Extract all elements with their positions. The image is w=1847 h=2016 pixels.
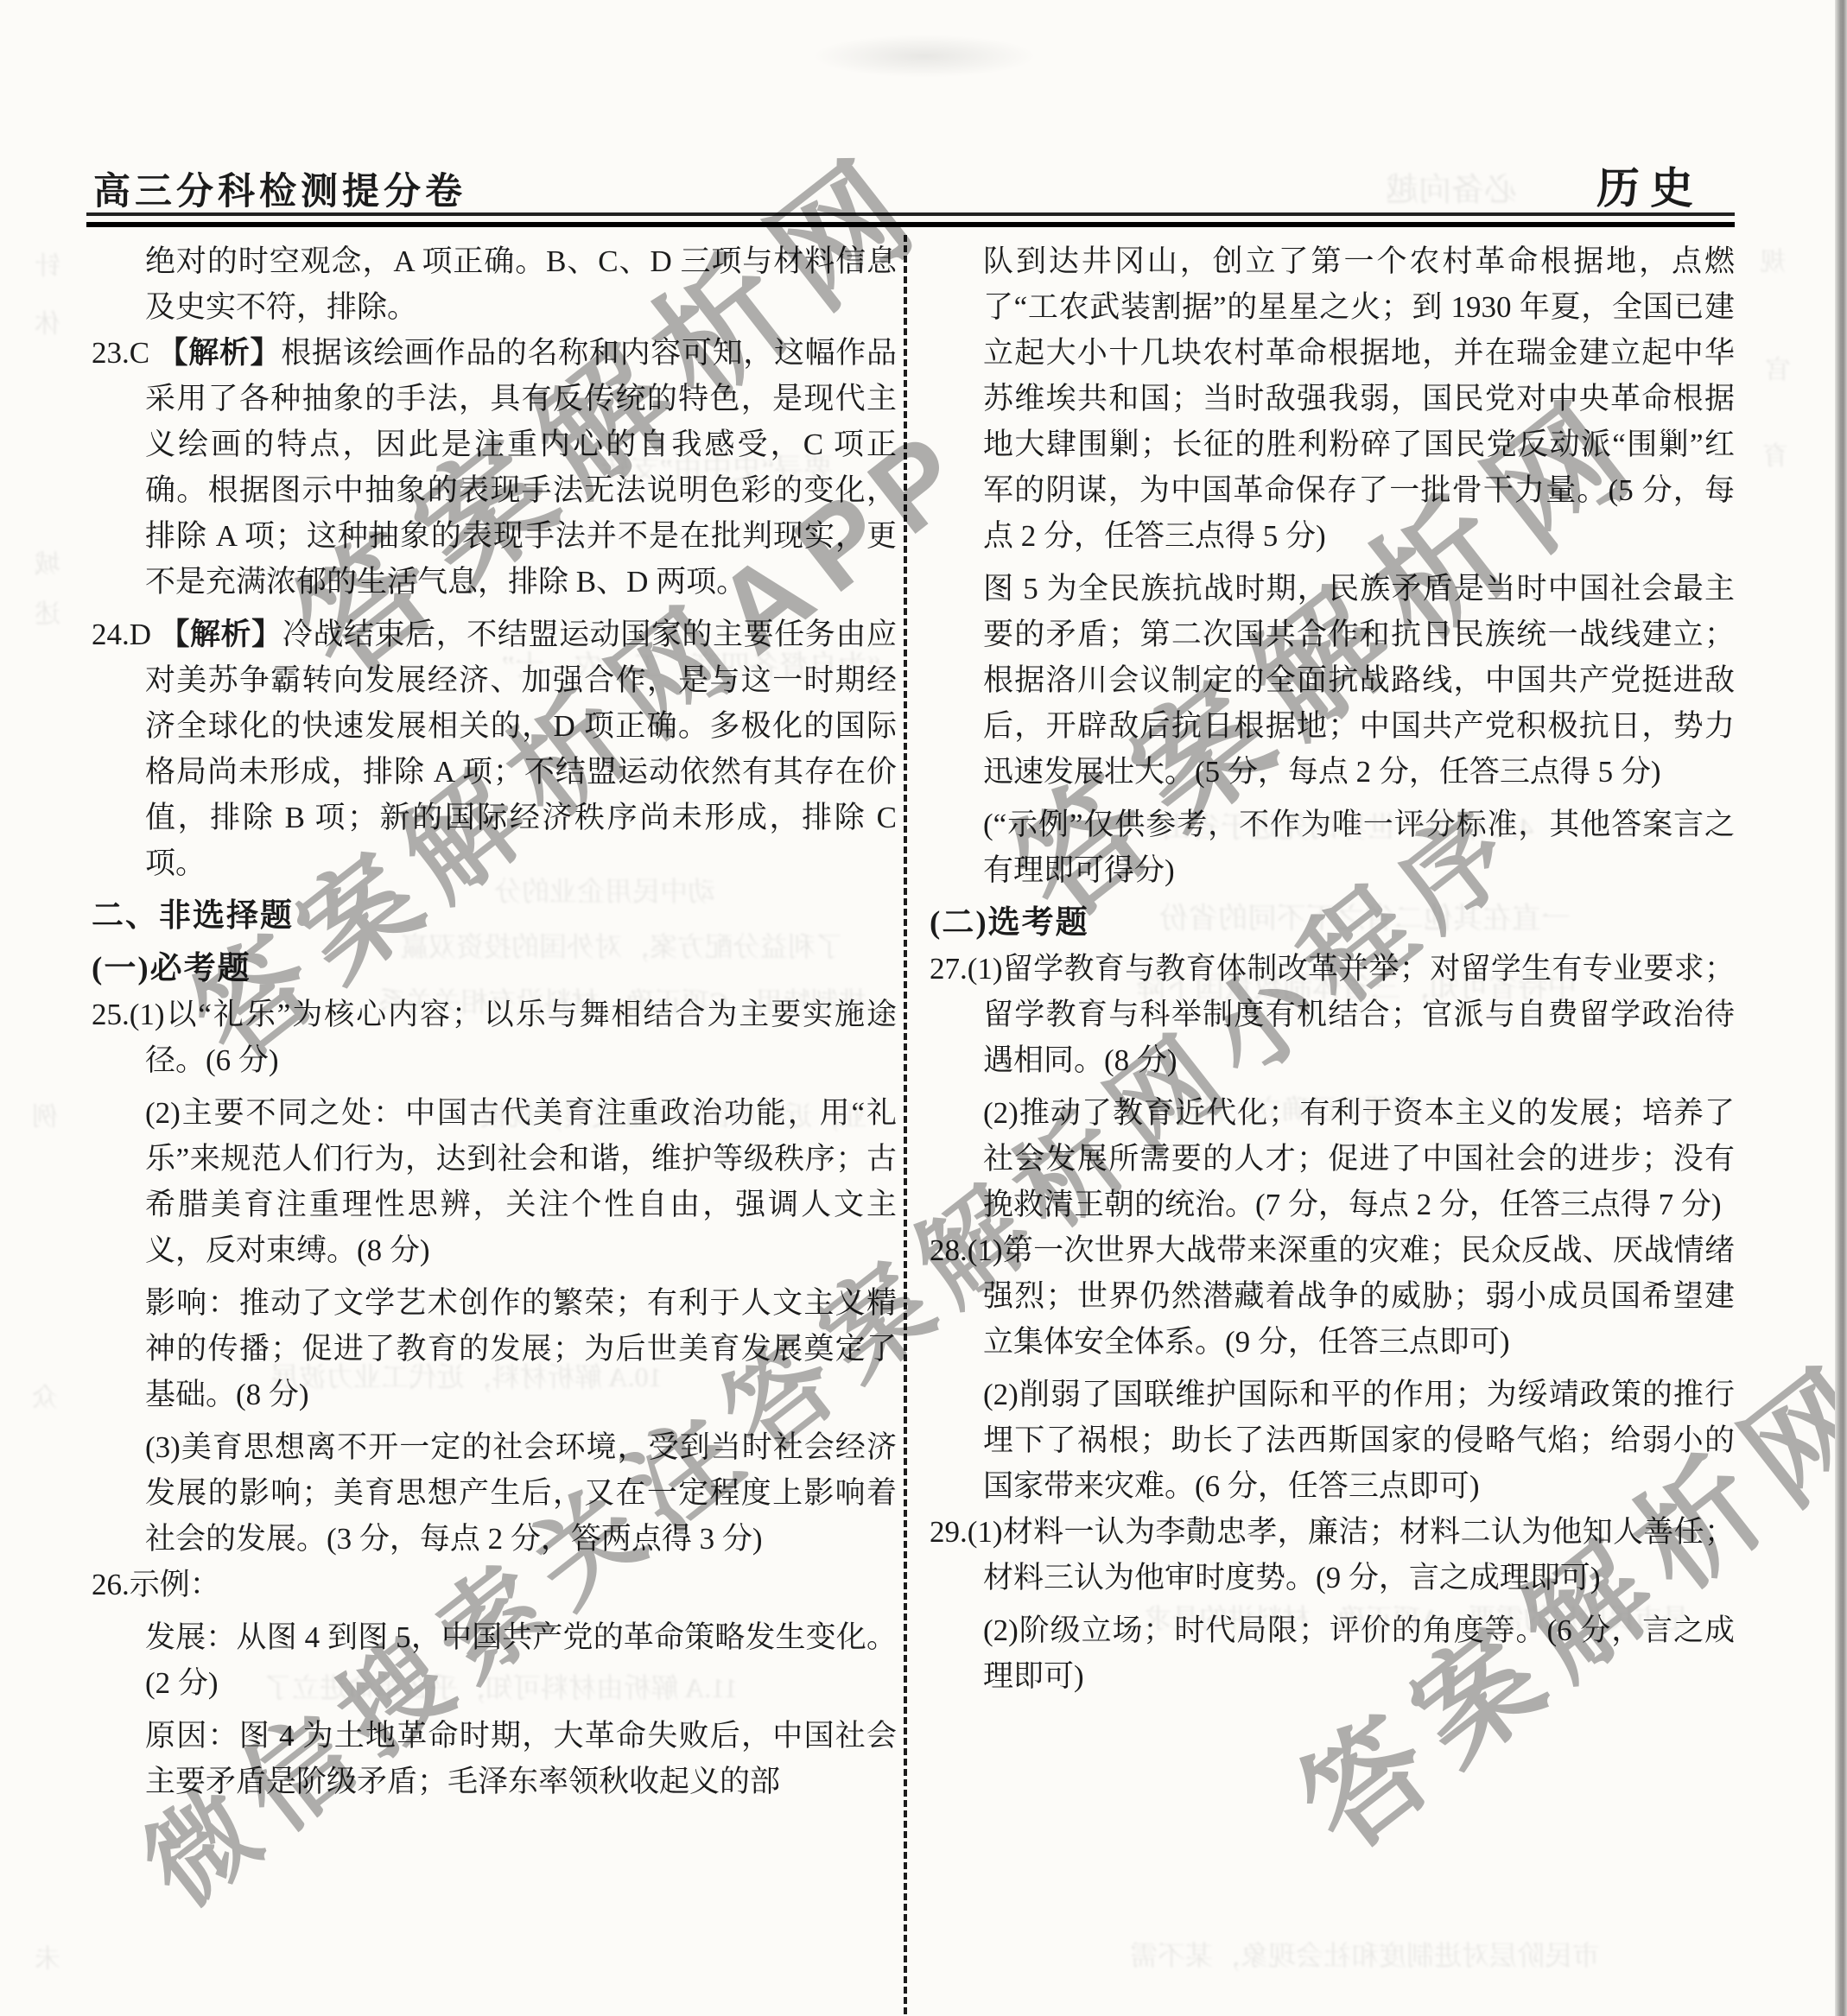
answer-paragraph: 23.C 【解析】根据该绘画作品的名称和内容可知，这幅作品采用了各种抽象的手法，… <box>92 330 897 605</box>
answer-paragraph: 影响：推动了文学艺术创作的繁荣；有利于人文主义精神的传播；促进了教育的发展；为后… <box>92 1280 897 1417</box>
answer-paragraph: 29.(1)材料一认为李勣忠孝，廉洁；材料二认为他知人善任；材料三认为他审时度势… <box>930 1509 1735 1601</box>
page-title: 高三分科检测提分卷 <box>93 162 467 215</box>
bleedthrough-text: 育 <box>1762 434 1788 472</box>
bleedthrough-text: 规 <box>1760 240 1786 278</box>
answer-paragraph: 原因：图 4 为土地革命时期，大革命失败后，中国社会主要矛盾是阶级矛盾；毛泽东率… <box>92 1713 897 1804</box>
answer-paragraph: 发展：从图 4 到图 5，中国共产党的革命策略发生变化。(2 分) <box>92 1614 897 1706</box>
scan-smudge <box>812 35 1037 78</box>
answer-paragraph: (3)美育思想离不开一定的社会环境，受到当时社会经济发展的影响；美育思想产生后，… <box>92 1424 897 1562</box>
bleedthrough-text: 市民阶层对进制度和社会现象，某不需 <box>1130 1934 1600 1974</box>
answer-paragraph: 队到达井冈山，创立了第一个农村革命根据地，点燃了“工农武装割据”的星星之火；到 … <box>930 238 1735 559</box>
section-heading: 二、非选择题 <box>92 893 897 939</box>
answer-paragraph: 绝对的时空观念，A 项正确。B、C、D 三项与材料信息及史实不符，排除。 <box>92 238 897 330</box>
bleedthrough-text: 官 <box>1765 348 1791 386</box>
bleedthrough-text: 例 <box>32 1095 58 1133</box>
bleedthrough-text: 必备向越 <box>1386 163 1517 211</box>
bleedthrough-text: 休 <box>35 302 60 340</box>
answer-paragraph: (2)推动了教育近代化；有利于资本主义的发展；培养了社会发展所需要的人才；促进了… <box>930 1090 1735 1227</box>
answer-paragraph: 24.D 【解析】冷战结束后，不结盟运动国家的主要任务由应对美苏争霸转向发展经济… <box>92 612 897 886</box>
answer-paragraph: (2)主要不同之处：中国古代美育注重政治功能，用“礼乐”来规范人们行为，达到社会… <box>92 1090 897 1273</box>
column-divider <box>904 235 907 2014</box>
answer-paragraph: (2)阶级立场；时代局限；评价的角度等。(6 分，言之成理即可) <box>930 1607 1735 1699</box>
section-heading: (一)必考题 <box>92 946 897 992</box>
answer-paragraph: 图 5 为全民族抗战时期，民族矛盾是当时中国社会最主要的矛盾；第二次国共合作和抗… <box>930 566 1735 795</box>
subject-label: 历史 <box>1596 154 1704 216</box>
answer-paragraph: 28.(1)第一次世界大战带来深重的灾难；民众反战、厌战情绪强烈；世界仍然潜藏着… <box>930 1227 1735 1365</box>
bleedthrough-text: 未 <box>35 1937 60 1975</box>
bleedthrough-text: 述 <box>35 593 60 631</box>
bleedthrough-text: 针 <box>35 244 60 282</box>
scanned-answer-page: 高三分科检测提分卷 历史 绝对的时空观念，A 项正确。B、C、D 三项与材料信息… <box>0 0 1847 2016</box>
bleedthrough-text: 城 <box>35 542 60 580</box>
right-column: 队到达井冈山，创立了第一个农村革命根据地，点燃了“工农武装割据”的星星之火；到 … <box>930 238 1735 1699</box>
left-column: 绝对的时空观念，A 项正确。B、C、D 三项与材料信息及史实不符，排除。23.C… <box>92 238 897 1804</box>
header-rule <box>86 212 1735 227</box>
bleedthrough-text: 众 <box>32 1376 58 1414</box>
scan-edge-shadow <box>1835 0 1847 2016</box>
answer-paragraph: 25.(1)以“礼乐”为核心内容；以乐与舞相结合为主要实施途径。(6 分) <box>92 992 897 1083</box>
answer-paragraph: 27.(1)留学教育与教育体制改革并举；对留学生有专业要求；留学教育与科举制度有… <box>930 946 1735 1083</box>
answer-paragraph: (“示例”仅供参考，不作为唯一评分标准，其他答案言之有理即可得分) <box>930 802 1735 893</box>
section-heading: (二)选考题 <box>930 900 1735 946</box>
answer-paragraph: (2)削弱了国联维护国际和平的作用；为绥靖政策的推行埋下了祸根；助长了法西斯国家… <box>930 1372 1735 1509</box>
answer-paragraph: 26.示例： <box>92 1562 897 1607</box>
